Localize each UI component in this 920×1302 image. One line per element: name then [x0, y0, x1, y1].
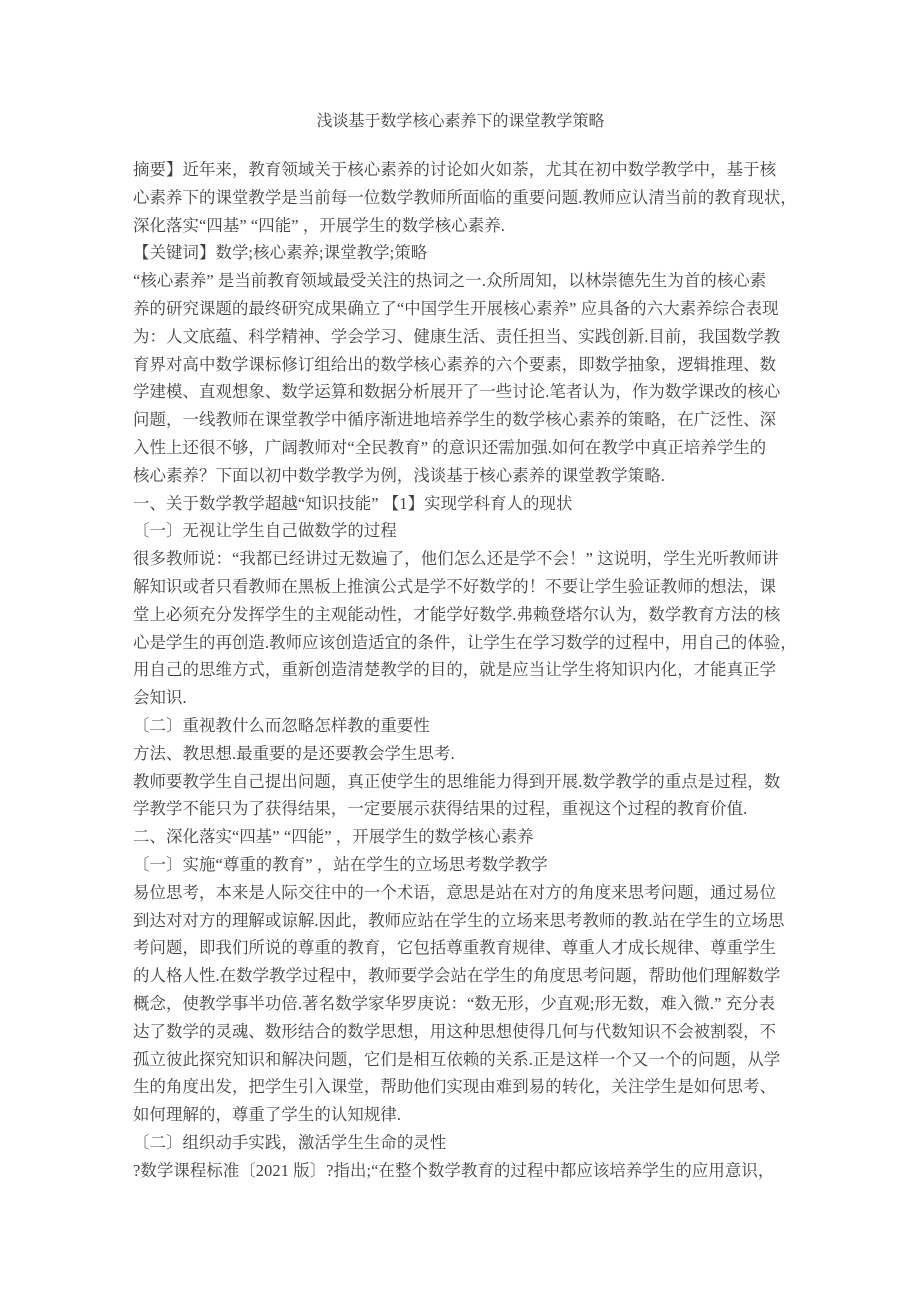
text-line: 教师要教学生自己提出问题，真正使学生的思维能力得到开展.数学教学的重点是过程，数 [133, 768, 793, 796]
text-line: 为：人文底蕴、科学精神、学会学习、健康生活、责任担当、实践创新.目前，我国数学教 [133, 323, 793, 351]
text-line: 解知识或者只看教师在黑板上推演公式是学不好数学的！不要让学生验证教师的想法，课 [133, 573, 793, 601]
text-line: 【关键词】数学;核心素养;课堂教学;策略 [133, 239, 793, 267]
document-page: 浅谈基于数学核心素养下的课堂教学策略 摘要】近年来，教育领域关于核心素养的讨论如… [0, 0, 920, 1302]
text-line: 孤立彼此探究知识和解决问题，它们是相互依赖的关系.正是这样一个又一个的问题，从学 [133, 1046, 793, 1074]
text-line: 二、深化落实“四基” “四能” ，开展学生的数学核心素养 [133, 823, 793, 851]
text-line: 心是学生的再创造.教师应该创造适宜的条件，让学生在学习数学的过程中，用自己的体验… [133, 629, 793, 657]
text-line: 用自己的思维方式，重新创造清楚教学的目的，就是应当让学生将知识内化，才能真正学 [133, 656, 793, 684]
document-body: 摘要】近年来，教育领域关于核心素养的讨论如火如荼，尤其在初中数学教学中，基于核心… [133, 156, 793, 1184]
text-line: 堂上必须充分发挥学生的主观能动性，才能学好数学.弗赖登塔尔认为，数学教育方法的核 [133, 601, 793, 629]
text-line: 核心素养？下面以初中数学教学为例，浅谈基于核心素养的课堂教学策略. [133, 462, 793, 490]
text-line: 养的研究课题的最终研究成果确立了“中国学生开展核心素养” 应具备的六大素养综合表… [133, 295, 793, 323]
text-line: “核心素养” 是当前教育领域最受关注的热词之一.众所周知，以林崇德先生为首的核心… [133, 267, 793, 295]
text-line: 方法、教思想.最重要的是还要教会学生思考. [133, 740, 793, 768]
text-line: ?数学课程标准〔2021 版〕?指出;“在整个数学教育的过程中都应该培养学生的应… [133, 1157, 793, 1185]
text-line: 一、关于数学教学超越“知识技能” 【1】实现学科育人的现状 [133, 490, 793, 518]
document-title: 浅谈基于数学核心素养下的课堂教学策略 [133, 109, 788, 135]
text-line: 易位思考，本来是人际交往中的一个术语，意思是站在对方的角度来思考问题，通过易位 [133, 879, 793, 907]
text-line: 到达对对方的理解或谅解.因此，教师应站在学生的立场来思考教师的教.站在学生的立场… [133, 907, 793, 935]
text-line: 达了数学的灵魂、数形结合的数学思想，用这种思想使得几何与代数知识不会被割裂，不 [133, 1018, 793, 1046]
text-line: 入性上还很不够，广阔教师对“全民教育” 的意识还需加强.如何在教学中真正培养学生… [133, 434, 793, 462]
text-line: 会知识. [133, 684, 793, 712]
text-line: 学建模、直观想象、数学运算和数据分析展开了一些讨论.笔者认为，作为数学课改的核心 [133, 378, 793, 406]
text-line: 问题，一线教师在课堂教学中循序渐进地培养学生的数学核心素养的策略，在广泛性、深 [133, 406, 793, 434]
text-line: 〔二〕重视教什么而忽略怎样教的重要性 [133, 712, 793, 740]
text-line: 〔一〕实施“尊重的教育” ，站在学生的立场思考数学教学 [133, 851, 793, 879]
text-line: 深化落实“四基” “四能” ，开展学生的数学核心素养. [133, 212, 793, 240]
text-line: 学教学不能只为了获得结果，一定要展示获得结果的过程，重视这个过程的教育价值. [133, 795, 793, 823]
text-line: 生的角度出发，把学生引入课堂，帮助他们实现由难到易的转化，关注学生是如何思考、 [133, 1073, 793, 1101]
text-line: 概念，使教学事半功倍.著名数学家华罗庚说：“数无形，少直观;形无数，难入微.” … [133, 990, 793, 1018]
text-line: 考问题，即我们所说的尊重的教育，它包括尊重教育规律、尊重人才成长规律、尊重学生 [133, 934, 793, 962]
text-line: 很多教师说：“我都已经讲过无数遍了，他们怎么还是学不会！” 这说明，学生光听教师… [133, 545, 793, 573]
text-line: 摘要】近年来，教育领域关于核心素养的讨论如火如荼，尤其在初中数学教学中，基于核 [133, 156, 793, 184]
text-line: 〔一〕无视让学生自己做数学的过程 [133, 517, 793, 545]
text-line: 育界对高中数学课标修订组给出的数学核心素养的六个要素，即数学抽象，逻辑推理、数 [133, 351, 793, 379]
text-line: 〔二〕组织动手实践，激活学生生命的灵性 [133, 1129, 793, 1157]
text-line: 心素养下的课堂教学是当前每一位数学教师所面临的重要问题.教师应认清当前的教育现状… [133, 184, 793, 212]
text-line: 如何理解的，尊重了学生的认知规律. [133, 1101, 793, 1129]
text-line: 的人格人性.在数学教学过程中，教师要学会站在学生的角度思考问题，帮助他们理解数学 [133, 962, 793, 990]
